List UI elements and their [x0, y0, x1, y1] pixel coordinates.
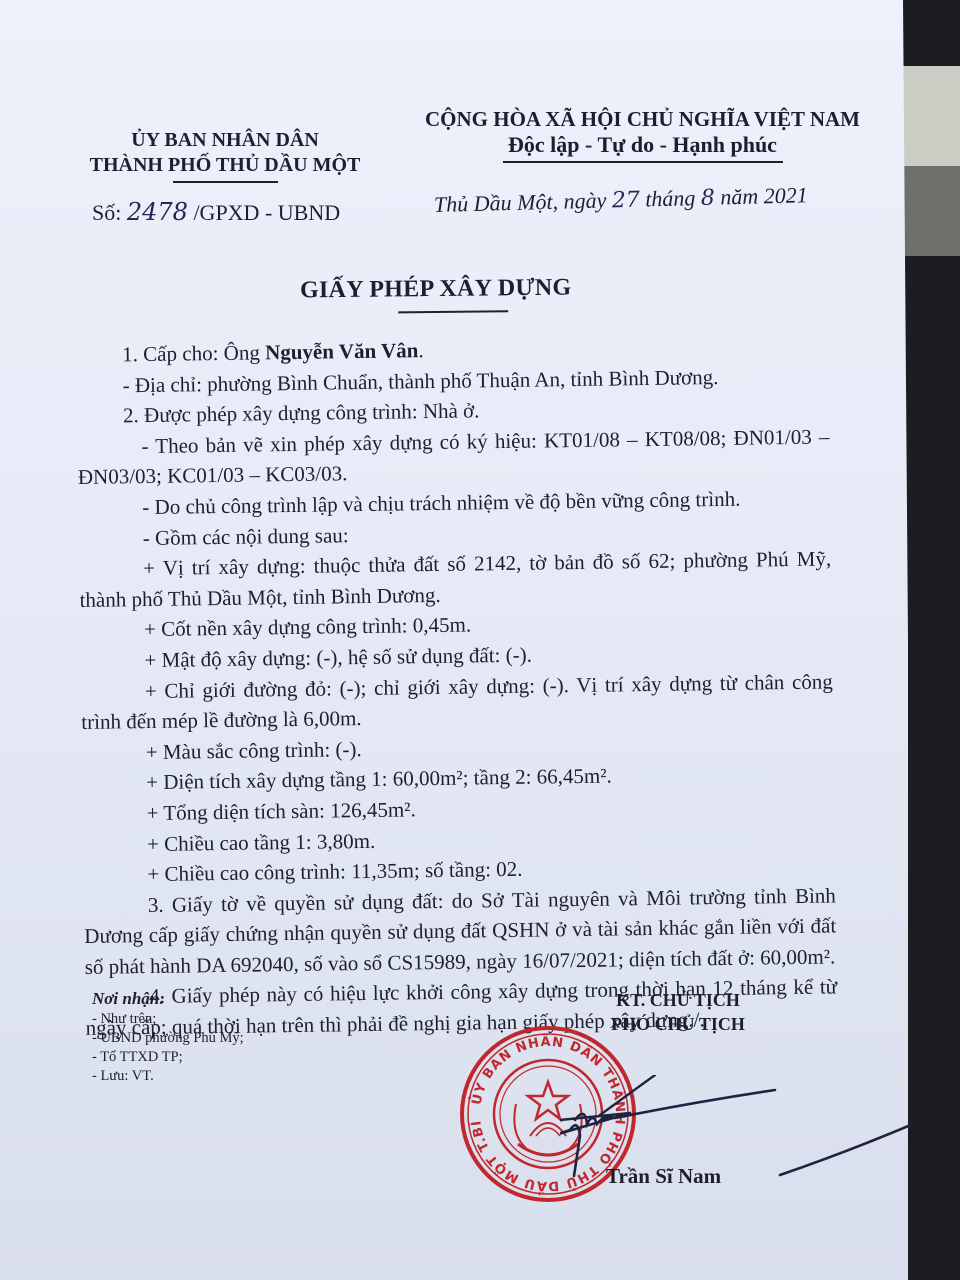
background-surface — [900, 66, 960, 166]
issuer-header: ỦY BAN NHÂN DÂN THÀNH PHỐ THỦ DẦU MỘT — [60, 128, 390, 183]
number-handwritten: 2478 — [127, 198, 188, 226]
national-header: CỘNG HÒA XÃ HỘI CHỦ NGHĨA VIỆT NAM Độc l… — [405, 106, 880, 163]
title-underline — [398, 310, 508, 313]
recipient-item: - Tổ TTXD TP; — [92, 1048, 244, 1067]
boundary: + Chỉ giới đường đỏ: (-); chỉ giới xây d… — [81, 666, 834, 738]
issue-date: Thủ Dầu Một, ngày 27 tháng 8 năm 2021 — [434, 182, 808, 218]
title-text: GIẤY PHÉP XÂY DỰNG — [300, 275, 572, 304]
recipients-label: Nơi nhận: — [92, 988, 244, 1010]
permit-body: 1. Cấp cho: Ông Nguyễn Văn Vân. - Địa ch… — [76, 330, 838, 1044]
item-1-label: 1. Cấp cho: Ông — [122, 340, 265, 366]
date-month: 8 — [701, 186, 716, 211]
permit-holder-name: Nguyễn Văn Vân — [265, 338, 419, 364]
national-motto-line1: CỘNG HÒA XÃ HỘI CHỦ NGHĨA VIỆT NAM — [405, 106, 880, 132]
item-1-end: . — [418, 338, 424, 362]
national-underline — [503, 161, 783, 163]
date-year: năm 2021 — [720, 182, 808, 209]
issuer-underline — [173, 181, 278, 183]
recipients: Nơi nhận: - Như trên; - UBND phường Phú … — [92, 988, 244, 1086]
date-day: 27 — [611, 188, 640, 214]
recipient-item: - Như trên; — [92, 1010, 244, 1029]
date-month-label: tháng — [645, 185, 696, 211]
issuer-line1: ỦY BAN NHÂN DÂN — [60, 128, 390, 153]
date-place: Thủ Dầu Một, ngày — [434, 187, 607, 217]
recipient-item: - Lưu: VT. — [92, 1067, 244, 1086]
signature-title-1: KT. CHỦ TỊCH — [578, 988, 778, 1012]
document-title: GIẤY PHÉP XÂY DỰNG — [300, 275, 572, 305]
background-surface — [900, 166, 960, 256]
permit-document: ỦY BAN NHÂN DÂN THÀNH PHỐ THỦ DẦU MỘT Số… — [0, 0, 908, 1280]
location: + Vị trí xây dựng: thuộc thửa đất số 214… — [79, 544, 832, 616]
document-number: Số: 2478 /GPXD - UBND — [92, 198, 340, 226]
recipient-item: - UBND phường Phú Mỹ; — [92, 1029, 244, 1048]
signer-name: Trần Sĩ Nam — [606, 1164, 721, 1189]
national-motto-line2: Độc lập - Tự do - Hạnh phúc — [405, 132, 880, 158]
drawings: - Theo bản vẽ xin phép xây dựng có ký hi… — [77, 421, 830, 493]
number-suffix: /GPXD - UBND — [193, 200, 340, 225]
item-3: 3. Giấy tờ về quyền sử dụng đất: do Sở T… — [84, 880, 837, 982]
number-prefix: Số: — [92, 200, 121, 225]
issuer-line2: THÀNH PHỐ THỦ DẦU MỘT — [60, 153, 390, 178]
